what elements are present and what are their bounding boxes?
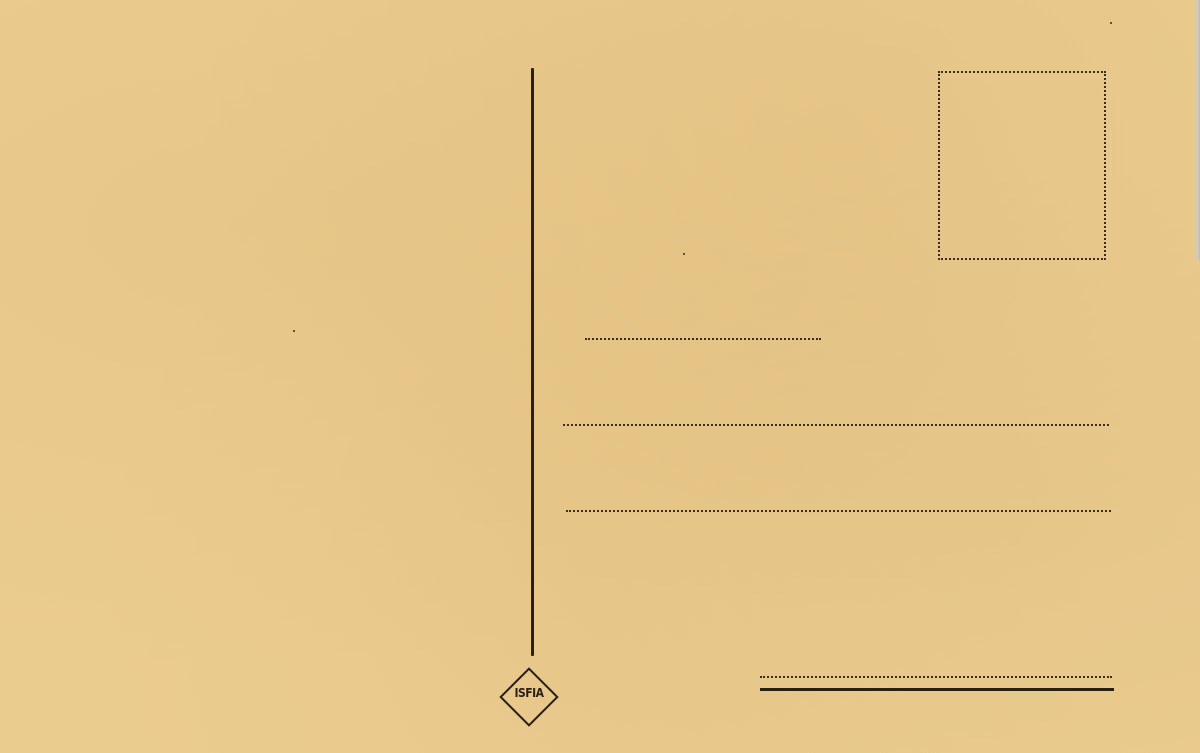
- address-line-1: [585, 338, 821, 340]
- paper-speck: [683, 253, 685, 255]
- postcard-back: ISFIA: [0, 0, 1200, 753]
- address-line-2: [563, 424, 1109, 426]
- address-line-3: [566, 510, 1111, 512]
- paper-speck: [293, 330, 295, 332]
- center-divider-line: [531, 68, 534, 656]
- address-line-4: [760, 676, 1112, 678]
- address-line-solid: [760, 688, 1114, 691]
- card-edge-shadow: [1194, 0, 1200, 260]
- paper-speck: [1110, 22, 1112, 24]
- stamp-placement-box: [938, 71, 1106, 260]
- publisher-logo-text: ISFIA: [500, 686, 558, 700]
